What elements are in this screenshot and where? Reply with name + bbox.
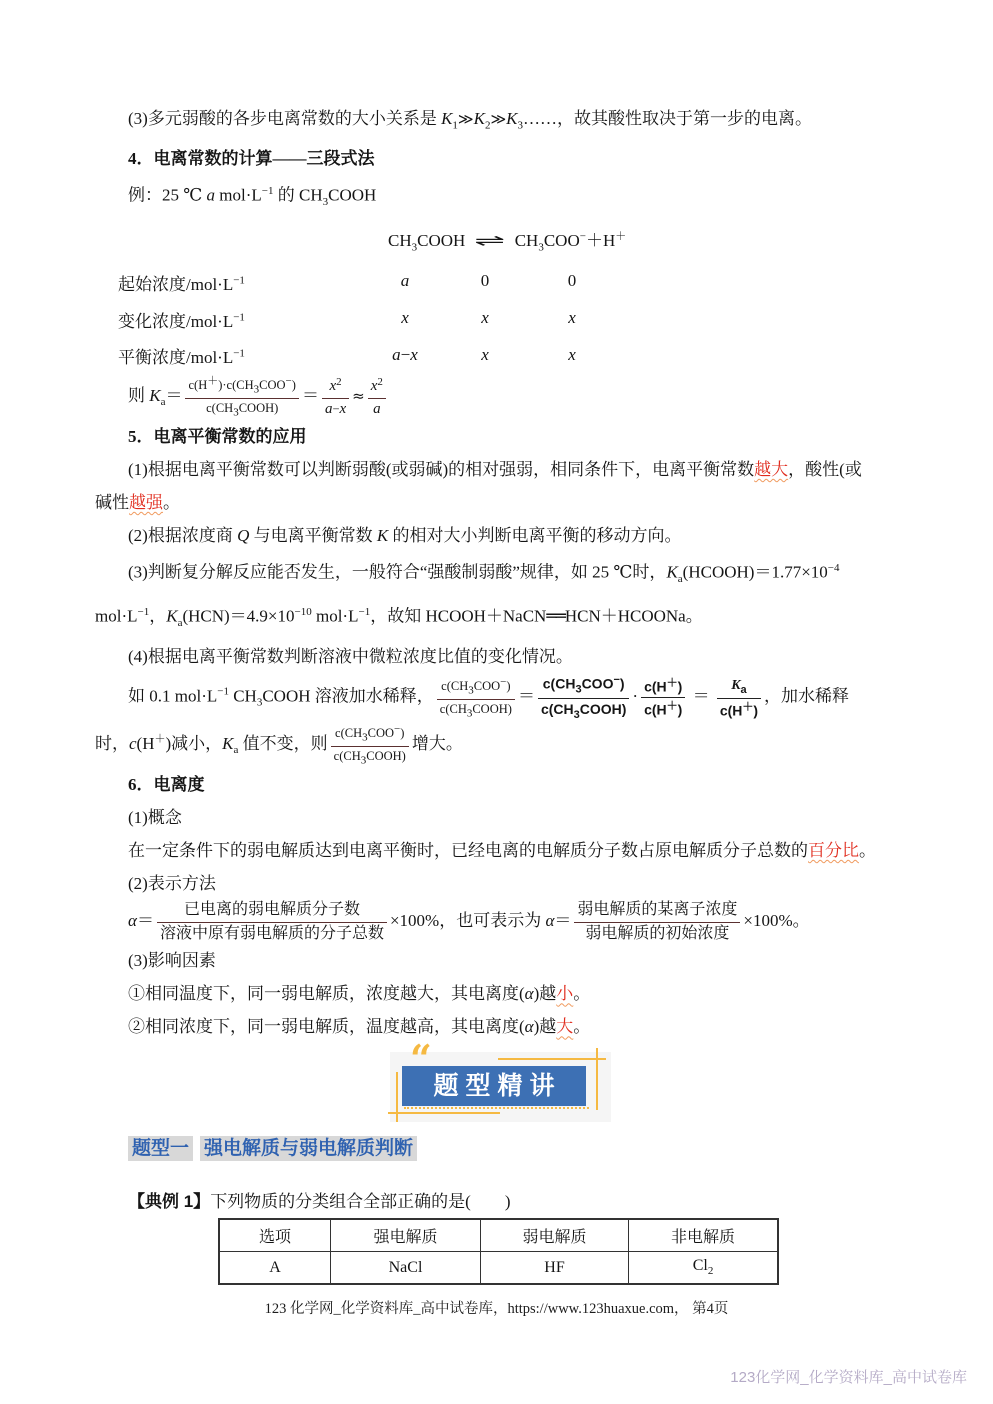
- ice-value: a−x: [370, 338, 440, 371]
- page-footer: 123 化学网_化学资料库_高中试卷库，https://www.123huaxu…: [0, 1297, 993, 1318]
- question-type-tag: 题型一: [128, 1136, 193, 1161]
- alpha-formula: α＝已电离的弱电解质分子数溶液中原有弱电解质的分子总数×100%，也可表示为 α…: [95, 900, 877, 945]
- ice-value: a: [370, 264, 440, 297]
- ice-row-equilibrium: 平衡浓度/mol·L−1 a−x x x: [118, 338, 877, 375]
- banner-decor-line-top: [498, 1058, 606, 1060]
- ice-value: x: [537, 338, 607, 371]
- banner-decor-line-bottom: [388, 1112, 500, 1114]
- question-type-heading: 题型一强电解质与弱电解质判断: [128, 1133, 417, 1160]
- ice-value: x: [370, 301, 440, 334]
- table-cell: HF: [481, 1252, 629, 1285]
- table-header-row: 选项 强电解质 弱电解质 非电解质: [219, 1219, 778, 1252]
- typical-example-stem: 【典例 1】下列物质的分类组合全部正确的是( ): [128, 1187, 888, 1217]
- application-2: (2)根据浓度商 Q 与电离平衡常数 K 的相对大小判断电离平衡的移动方向。: [95, 519, 877, 552]
- banner-decor-line-right: [596, 1048, 598, 1110]
- ice-label: 起始浓度/mol·L−1: [118, 275, 245, 294]
- table-cell: Cl2: [629, 1252, 779, 1285]
- paragraph-polyacid: (3)多元弱酸的各步电离常数的大小关系是 K1≫K2≫K3……，故其酸性取决于第…: [95, 102, 877, 142]
- application-1: (1)根据电离平衡常数可以判断弱酸(或弱碱)的相对强弱，相同条件下，电离平衡常数…: [95, 453, 877, 519]
- section-banner: 题型精讲 “: [388, 1046, 613, 1124]
- equilibrium-arrow-icon: ⇌: [475, 224, 506, 258]
- ice-value: x: [450, 301, 520, 334]
- label-factors: (3)影响因素: [95, 944, 877, 977]
- ka-formula: 则 Ka＝c(H＋)·c(CH3COO−)c(CH3COOH)＝x2a−x≈x2…: [95, 374, 877, 420]
- dilution-paragraph: 如 0.1 mol·L−1 CH3COOH 溶液加水稀释，c(CH3COO−)c…: [95, 673, 877, 768]
- question-type-title: 强电解质与弱电解质判断: [200, 1136, 417, 1161]
- ice-label: 平衡浓度/mol·L−1: [118, 348, 245, 367]
- heading-calc-method: 4．电离常数的计算——三段式法: [95, 142, 877, 175]
- ice-value: x: [450, 338, 520, 371]
- equilibrium-equation: CH3COOH⇌CH3COO−＋H＋: [95, 219, 877, 264]
- species-left: CH3COOH: [388, 231, 465, 250]
- notes-section: (3)多元弱酸的各步电离常数的大小关系是 K1≫K2≫K3……，故其酸性取决于第…: [95, 102, 877, 1043]
- quote-icon: “: [410, 1040, 432, 1078]
- factor-1: ①相同温度下，同一弱电解质，浓度越大，其电离度(α)越小。: [95, 977, 877, 1010]
- ice-row-change: 变化浓度/mol·L−1 x x x: [118, 301, 877, 338]
- application-4: (4)根据电离平衡常数判断溶液中微粒浓度比值的变化情况。: [95, 640, 877, 673]
- example-intro: 例：25 ℃ a mol·L−1 的 CH3COOH: [95, 175, 877, 219]
- table-header-cell: 选项: [219, 1219, 331, 1252]
- label-concept: (1)概念: [95, 801, 877, 834]
- table-cell: NaCl: [331, 1252, 481, 1285]
- concept-definition: 在一定条件下的弱电解质达到电离平衡时，已经电离的电解质分子数占原电解质分子总数的…: [95, 834, 877, 867]
- table-row: A NaCl HF Cl2: [219, 1252, 778, 1285]
- banner-decor-line-left: [396, 1072, 398, 1122]
- heading-applications: 5．电离平衡常数的应用: [95, 420, 877, 453]
- ice-value: 0: [537, 264, 607, 297]
- label-expression: (2)表示方法: [95, 867, 877, 900]
- ice-label: 变化浓度/mol·L−1: [118, 312, 245, 331]
- watermark: 123化学网_化学资料库_高中试卷库: [730, 1366, 967, 1387]
- table-header-cell: 强电解质: [331, 1219, 481, 1252]
- species-right: CH3COO−＋H＋: [515, 231, 627, 250]
- ice-row-initial: 起始浓度/mol·L−1 a 0 0: [118, 264, 877, 301]
- heading-ionization-degree: 6．电离度: [95, 768, 877, 801]
- factor-2: ②相同浓度下，同一弱电解质，温度越高，其电离度(α)越大。: [95, 1010, 877, 1043]
- banner-decor-dots: [404, 1107, 589, 1109]
- classification-table: 选项 强电解质 弱电解质 非电解质 A NaCl HF Cl2: [218, 1218, 779, 1285]
- ice-value: 0: [450, 264, 520, 297]
- application-3: (3)判断复分解反应能否发生，一般符合“强酸制弱酸”规律，如 25 ℃时，Ka(…: [95, 552, 877, 640]
- ice-value: x: [537, 301, 607, 334]
- table-header-cell: 非电解质: [629, 1219, 779, 1252]
- table-cell: A: [219, 1252, 331, 1285]
- table-header-cell: 弱电解质: [481, 1219, 629, 1252]
